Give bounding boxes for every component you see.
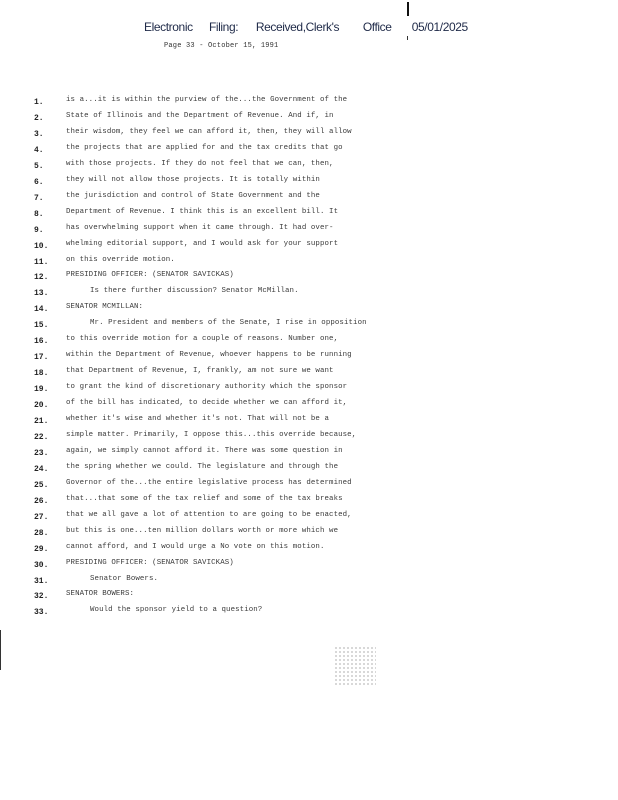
transcript-line: 17.within the Department of Revenue, who… [0,351,618,367]
line-number: 10. [34,242,48,251]
line-number: 18. [34,369,48,378]
transcript-line: 31.Senator Bowers. [0,575,618,591]
line-text: PRESIDING OFFICER: (SENATOR SAVICKAS) [66,559,234,567]
line-number: 32. [34,592,48,601]
transcript-line: 7.the jurisdiction and control of State … [0,192,618,208]
line-text: on this override motion. [66,256,175,264]
transcript-line: 16.to this override motion for a couple … [0,335,618,351]
line-text: is a...it is within the purview of the..… [66,96,347,104]
line-number: 30. [34,561,48,570]
stamp-word-office: Office [363,20,405,34]
line-text: the projects that are applied for and th… [66,144,343,152]
line-text: to grant the kind of discretionary autho… [66,383,347,391]
line-number: 3. [34,130,44,139]
transcript-line: 2.State of Illinois and the Department o… [0,112,618,128]
line-number: 33. [34,608,48,617]
transcript-line: 23.again, we simply cannot afford it. Th… [0,447,618,463]
line-number: 20. [34,401,48,410]
transcript-line: 11.on this override motion. [0,256,618,272]
line-number: 24. [34,465,48,474]
line-text: State of Illinois and the Department of … [66,112,334,120]
line-text: Is there further discussion? Senator McM… [90,287,299,295]
line-text: they will not allow those projects. It i… [66,176,320,184]
line-text: again, we simply cannot afford it. There… [66,447,343,455]
line-number: 2. [34,114,44,123]
line-number: 19. [34,385,48,394]
line-text: Mr. President and members of the Senate,… [90,319,367,327]
line-number: 17. [34,353,48,362]
line-number: 27. [34,513,48,522]
transcript-line: 4.the projects that are applied for and … [0,144,618,160]
line-number: 12. [34,273,48,282]
page-header: Page 33 - October 15, 1991 [164,42,278,50]
line-number: 31. [34,577,48,586]
line-text: simple matter. Primarily, I oppose this.… [66,431,356,439]
transcript-line: 14.SENATOR MCMILLAN: [0,303,618,319]
line-text: the jurisdiction and control of State Go… [66,192,320,200]
line-text: that Department of Revenue, I, frankly, … [66,367,334,375]
line-number: 15. [34,321,48,330]
transcript-line: 27.that we all gave a lot of attention t… [0,511,618,527]
stamp-word-electronic: Electronic [144,20,206,34]
line-number: 9. [34,226,44,235]
line-text: within the Department of Revenue, whoeve… [66,351,352,359]
transcript-line: 32.SENATOR BOWERS: [0,590,618,606]
line-text: Department of Revenue. I think this is a… [66,208,338,216]
transcript-line: 25.Governor of the...the entire legislat… [0,479,618,495]
stamp-date: 05/01/2025 [412,20,468,34]
line-text: the spring whether we could. The legisla… [66,463,338,471]
line-number: 1. [34,98,44,107]
line-text: SENATOR MCMILLAN: [66,303,143,311]
transcript-line: 24.the spring whether we could. The legi… [0,463,618,479]
transcript-line: 13.Is there further discussion? Senator … [0,287,618,303]
scan-edge-mark [0,630,1,670]
handwritten-mark [334,646,376,686]
line-number: 23. [34,449,48,458]
filing-stamp: Electronic Filing: Received,Clerk's Offi… [144,20,468,34]
line-text: their wisdom, they feel we can afford it… [66,128,352,136]
transcript-line: 9.has overwhelming support when it came … [0,224,618,240]
line-number: 16. [34,337,48,346]
transcript-line: 21.whether it's wise and whether it's no… [0,415,618,431]
transcript-line: 29.cannot afford, and I would urge a No … [0,543,618,559]
transcript-line: 12.PRESIDING OFFICER: (SENATOR SAVICKAS) [0,271,618,287]
line-text: Senator Bowers. [90,575,158,583]
transcript-line: 28.but this is one...ten million dollars… [0,527,618,543]
scan-mark [407,2,409,16]
line-number: 14. [34,305,48,314]
transcript-line: 26.that...that some of the tax relief an… [0,495,618,511]
line-text: has overwhelming support when it came th… [66,224,334,232]
line-number: 25. [34,481,48,490]
transcript-line: 30.PRESIDING OFFICER: (SENATOR SAVICKAS) [0,559,618,575]
line-number: 7. [34,194,44,203]
transcript-line: 1.is a...it is within the purview of the… [0,96,618,112]
line-text: PRESIDING OFFICER: (SENATOR SAVICKAS) [66,271,234,279]
line-number: 29. [34,545,48,554]
transcript-line: 33.Would the sponsor yield to a question… [0,606,618,622]
transcript-line: 20.of the bill has indicated, to decide … [0,399,618,415]
transcript-line: 22.simple matter. Primarily, I oppose th… [0,431,618,447]
line-text: that...that some of the tax relief and s… [66,495,343,503]
line-number: 13. [34,289,48,298]
line-text: Would the sponsor yield to a question? [90,606,262,614]
transcript-line: 10.whelming editorial support, and I wou… [0,240,618,256]
line-text: but this is one...ten million dollars wo… [66,527,338,535]
transcript-line: 8.Department of Revenue. I think this is… [0,208,618,224]
line-text: cannot afford, and I would urge a No vot… [66,543,325,551]
line-number: 26. [34,497,48,506]
line-text: to this override motion for a couple of … [66,335,338,343]
line-number: 28. [34,529,48,538]
line-text: whether it's wise and whether it's not. … [66,415,329,423]
stamp-word-received: Received,Clerk's [256,20,346,34]
transcript-line: 15.Mr. President and members of the Sena… [0,319,618,335]
line-number: 5. [34,162,44,171]
line-number: 11. [34,258,48,267]
line-text: Governor of the...the entire legislative… [66,479,352,487]
line-number: 4. [34,146,44,155]
transcript-line: 6.they will not allow those projects. It… [0,176,618,192]
line-number: 6. [34,178,44,187]
line-number: 22. [34,433,48,442]
transcript-line: 3.their wisdom, they feel we can afford … [0,128,618,144]
transcript-line: 19.to grant the kind of discretionary au… [0,383,618,399]
line-number: 21. [34,417,48,426]
transcript-line: 18.that Department of Revenue, I, frankl… [0,367,618,383]
transcript-line: 5.with those projects. If they do not fe… [0,160,618,176]
line-text: of the bill has indicated, to decide whe… [66,399,347,407]
line-text: with those projects. If they do not feel… [66,160,334,168]
line-text: whelming editorial support, and I would … [66,240,338,248]
scan-mark [407,36,408,40]
line-text: that we all gave a lot of attention to a… [66,511,352,519]
line-text: SENATOR BOWERS: [66,590,134,598]
line-number: 8. [34,210,44,219]
stamp-word-filing: Filing: [209,20,253,34]
